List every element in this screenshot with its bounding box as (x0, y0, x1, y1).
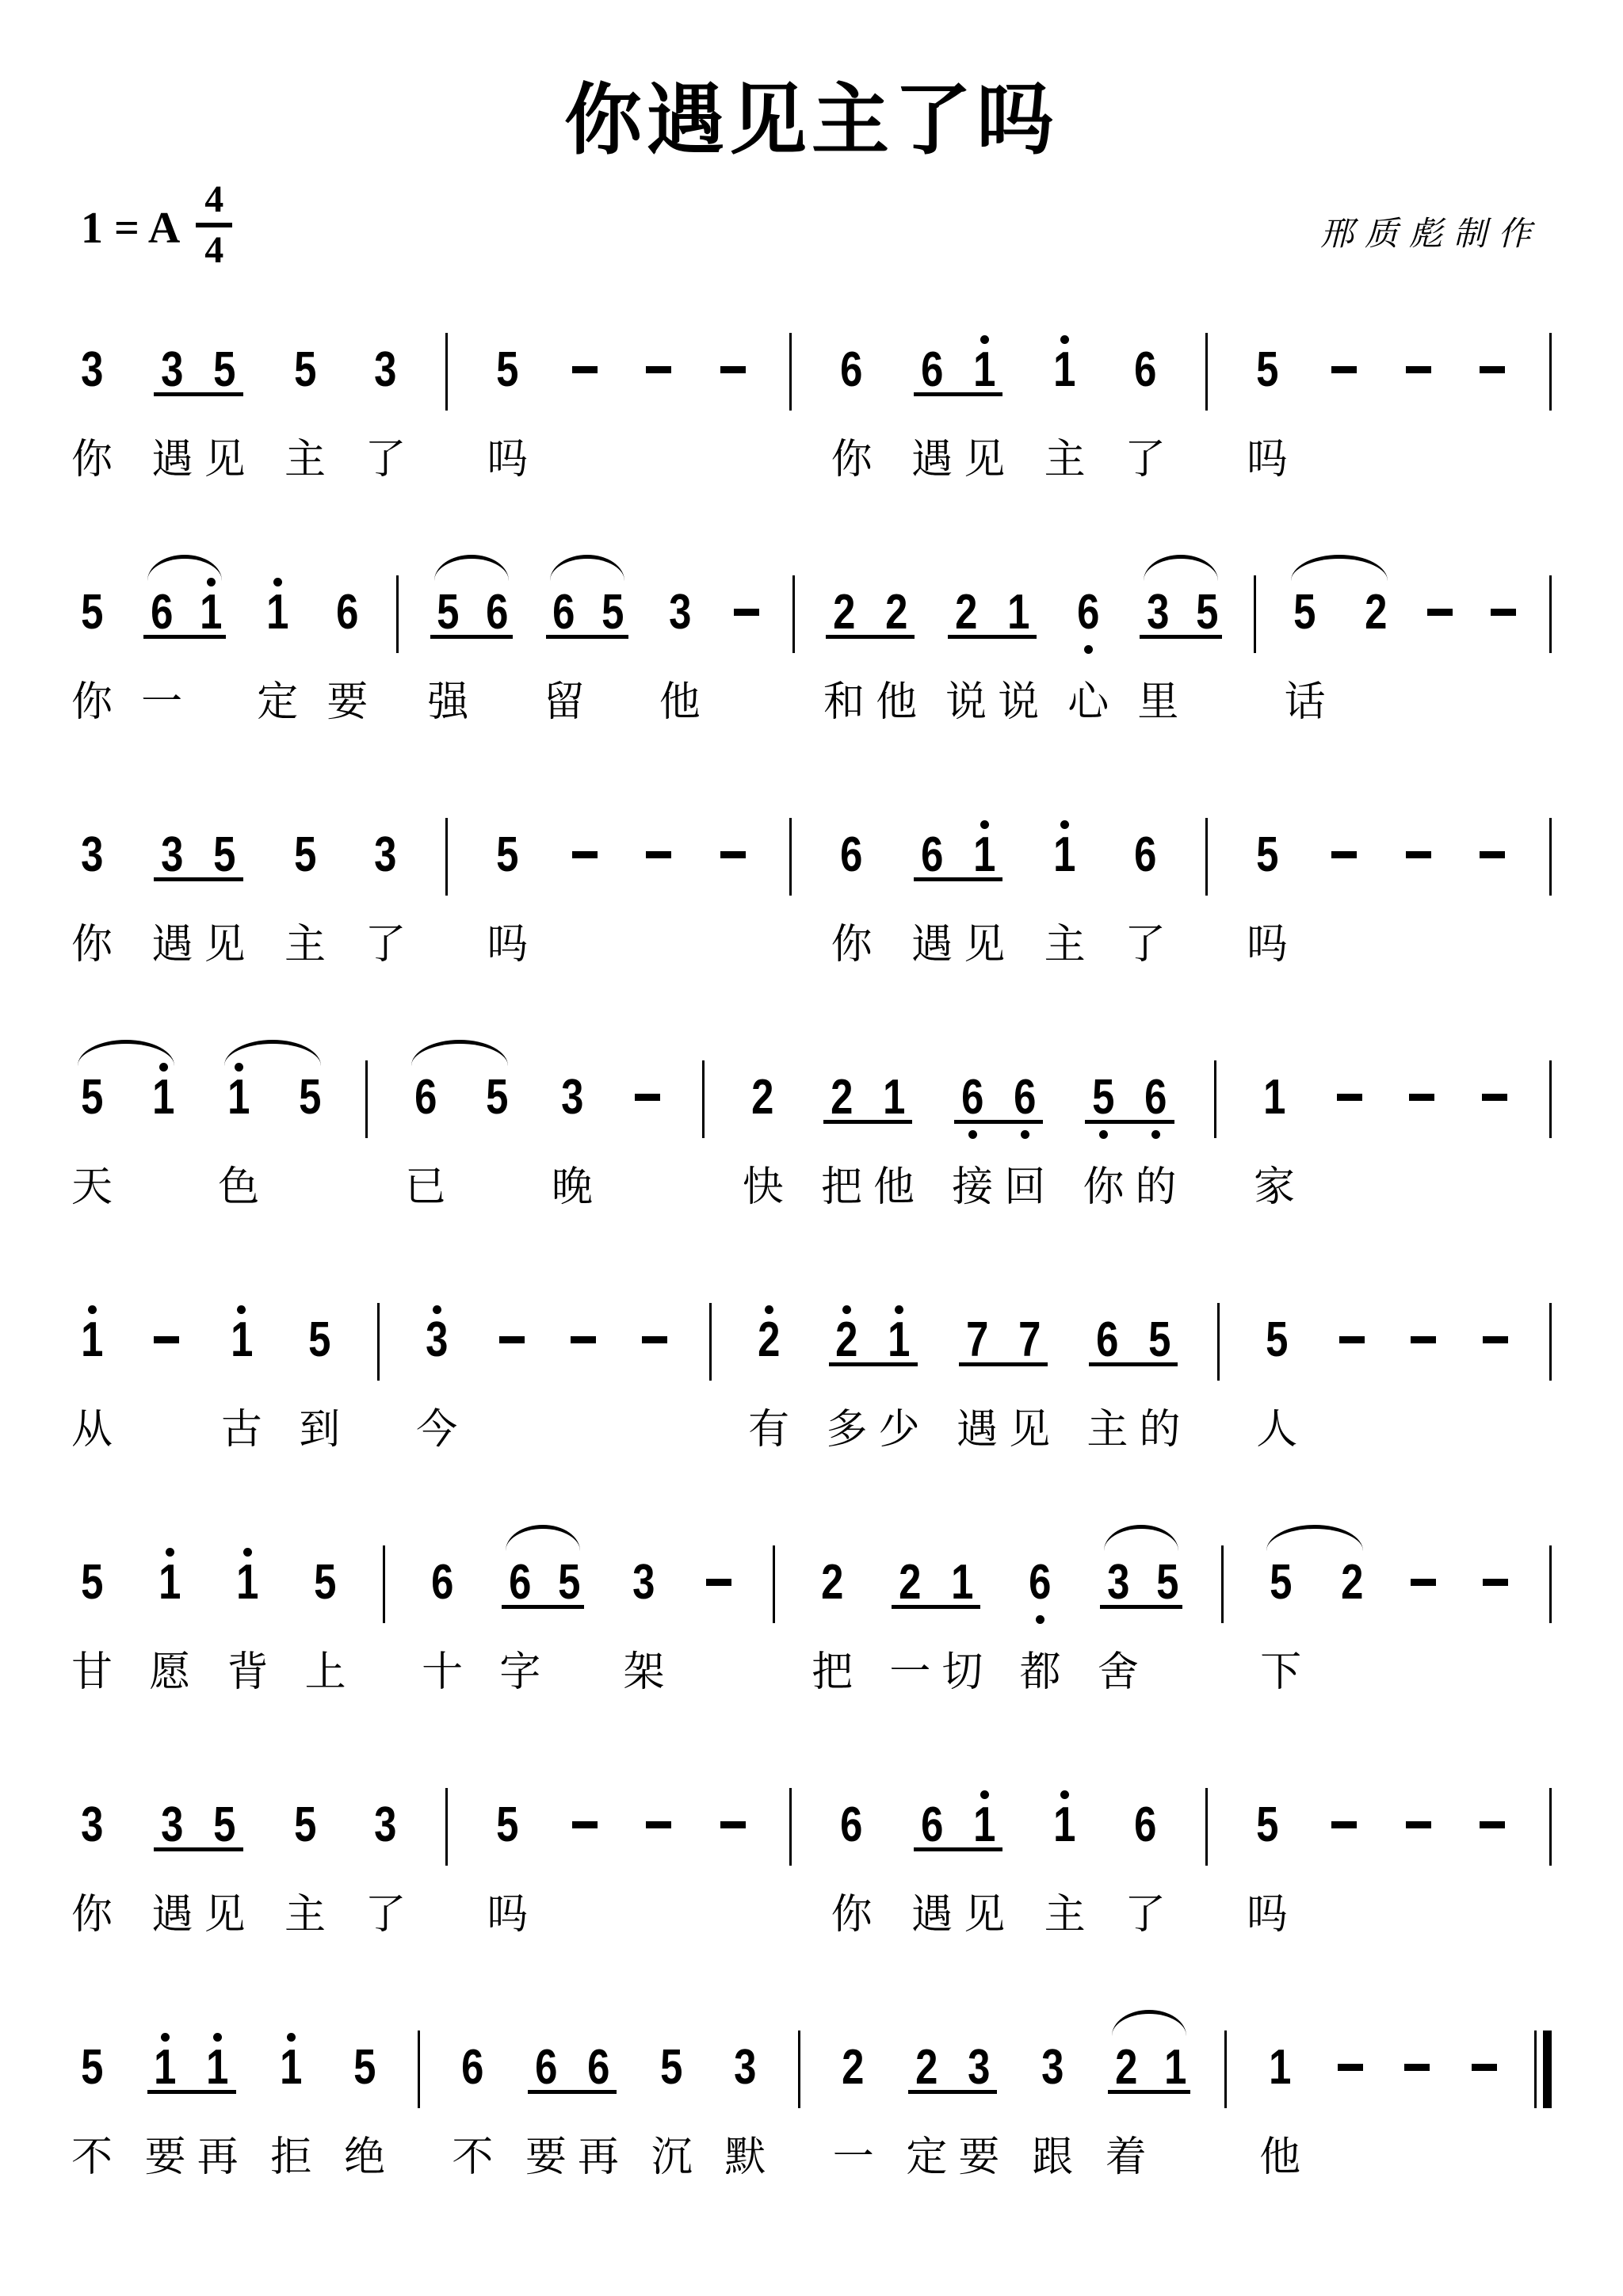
dash-group (1475, 1778, 1510, 1939)
note-group: 5吗 (487, 1778, 528, 1939)
note-group: 6要 (327, 566, 368, 726)
duration-dash (734, 609, 759, 616)
dash-group (716, 1778, 750, 1939)
note-number-zone: 1 (1051, 348, 1078, 392)
barline-stroke (1549, 1788, 1552, 1866)
note-group: 1背 (227, 1536, 268, 1696)
eighth-underline (826, 635, 915, 639)
octave-dot-below-zone (1151, 1120, 1160, 1152)
barline-stroke (792, 575, 795, 653)
dash-group (641, 323, 676, 483)
dash-group (1327, 1778, 1361, 1939)
note-number-zone (1331, 833, 1357, 877)
barline (789, 818, 792, 896)
lyric: 接 (952, 1163, 993, 1211)
lyric: 你 (831, 921, 873, 968)
note-number: 5 (81, 2046, 103, 2090)
note-number: 3 (561, 1075, 583, 1120)
note-number-zone: 6 (838, 348, 865, 392)
note-group: 3跟 (1032, 2021, 1073, 2181)
note-token: 6要 (525, 2021, 567, 2181)
lyric: 切 (941, 1648, 983, 1696)
note-token: 6字 (499, 1536, 540, 1696)
lyric: 下 (1260, 1648, 1301, 1696)
note-number-zone: 6 (1011, 1075, 1038, 1120)
note-number-zone: 2 (833, 1318, 860, 1362)
lyric: 见 (204, 1891, 245, 1939)
note-token: 6遇 (911, 1778, 953, 1939)
note-token: 5见 (204, 808, 245, 968)
dash-token (1486, 566, 1521, 726)
note-token: 5不 (71, 2021, 113, 2181)
note-number-zone (1472, 2046, 1497, 2090)
eighth-underline (154, 877, 242, 881)
eighth-underline (1085, 1120, 1174, 1124)
lyric: 定 (906, 2134, 947, 2181)
dash-token (1467, 2021, 1502, 2181)
note-number: 6 (1144, 1075, 1167, 1120)
note-number-zone: 5 (78, 590, 105, 635)
dash-token (630, 1051, 665, 1211)
lyric: 绝 (344, 2134, 385, 2181)
note-token: 6接 (952, 1051, 993, 1211)
note-token: 3了 (365, 323, 406, 483)
note-number-zone: 3 (78, 1803, 105, 1847)
lyric: 家 (1254, 1163, 1295, 1211)
note-group: 3舍5 (1098, 1536, 1185, 1696)
note-number-zone: 6 (1132, 348, 1159, 392)
note-group: 3默 (724, 2021, 766, 2181)
note-token: 1他 (1259, 2021, 1300, 2181)
eighth-underline (892, 1605, 980, 1609)
note-number-zone: 7 (1016, 1318, 1043, 1362)
octave-dot-below-zone (1021, 1120, 1029, 1152)
note-number-zone: 5 (599, 590, 626, 635)
note-number-zone: 3 (158, 833, 185, 877)
note-group: 2多1少 (827, 1293, 920, 1454)
note-number: 3 (161, 348, 183, 392)
note-number-zone: 6 (412, 1075, 439, 1120)
barline (1205, 1788, 1208, 1866)
note-number-zone (720, 348, 746, 392)
lyric: 了 (1125, 436, 1166, 483)
dash-token (641, 323, 676, 483)
lyric: 里 (1137, 678, 1178, 726)
eighth-underline (143, 635, 226, 639)
lyric: 要 (525, 2134, 567, 2181)
note-number: 5 (315, 1561, 337, 1605)
note-number-zone: 1 (971, 833, 998, 877)
note-group: 3里5 (1137, 566, 1224, 726)
note-token: 2 (1335, 1536, 1369, 1696)
dash-group (641, 1778, 676, 1939)
note-number: 5 (558, 1561, 580, 1605)
barline-stroke (1205, 1788, 1208, 1866)
slur-tie-arc (1112, 2010, 1186, 2036)
note-token: 5吗 (1247, 1778, 1288, 1939)
note-group: 1主 (1044, 808, 1086, 968)
score-line: 3你3遇5见5主3了5吗6你6遇1见1主6了5吗 (71, 308, 1552, 483)
note-number: 1 (155, 2046, 177, 2090)
note-token: 6遇 (911, 323, 953, 483)
score-line: 3你3遇5见5主3了5吗6你6遇1见1主6了5吗 (71, 1763, 1552, 1939)
dash-group (1401, 1778, 1436, 1939)
dash-token (1335, 1293, 1369, 1454)
note-number: 2 (831, 1075, 853, 1120)
note-group: 3遇5见 (151, 808, 245, 968)
note-group: 3今 (416, 1293, 457, 1454)
note-group: 5主 (285, 1778, 326, 1939)
note-number: 5 (1270, 1561, 1292, 1605)
barline (1549, 1303, 1552, 1381)
note-number-zone: 1 (150, 1075, 177, 1120)
eighth-underline (823, 1120, 912, 1124)
note-number-zone: 6 (1142, 1075, 1169, 1120)
note-token: 3要 (958, 2021, 999, 2181)
duration-dash (1411, 1336, 1436, 1343)
note-number-zone: 6 (959, 1075, 986, 1120)
note-group: 5人 (1256, 1293, 1297, 1454)
note-group: 5甘 (71, 1536, 113, 1696)
lyric: 上 (305, 1648, 346, 1696)
note-number-zone: 5 (556, 1561, 582, 1605)
duration-dash (1483, 1336, 1508, 1343)
note-token: 6你 (831, 323, 873, 483)
note-group: 1主 (1044, 323, 1086, 483)
note-number: 1 (883, 1075, 905, 1120)
note-token: 1主 (1044, 808, 1086, 968)
note-number: 1 (888, 1318, 910, 1362)
dash-group (1406, 1293, 1441, 1454)
note-number-zone (1480, 348, 1505, 392)
lyric: 主 (1044, 1891, 1086, 1939)
note-group: 6一1 (141, 566, 228, 726)
note-token: 6已 (405, 1051, 446, 1211)
note-number: 5 (353, 2046, 376, 2090)
note-token: 1从 (71, 1293, 113, 1454)
duration-dash (1331, 1821, 1357, 1828)
lyric: 从 (71, 1406, 113, 1454)
dash-group (1327, 808, 1361, 968)
note-number-zone: 1 (1051, 833, 1078, 877)
note-token: 6了 (1125, 1778, 1166, 1939)
note-number-zone: 6 (918, 1803, 945, 1847)
lyric: 你 (831, 1891, 873, 1939)
note-token: 2把 (811, 1536, 853, 1696)
note-number-zone: 3 (965, 2046, 992, 2090)
note-number: 2 (1365, 590, 1387, 635)
note-token: 2和 (823, 566, 865, 726)
barline (383, 1545, 385, 1623)
note-group: 6已5 (405, 1051, 514, 1211)
duration-dash (1480, 366, 1505, 373)
lyric: 主 (285, 436, 326, 483)
note-token: 1主 (1044, 1778, 1086, 1939)
note-number: 2 (899, 1561, 921, 1605)
note-number-zone: 5 (1254, 1803, 1281, 1847)
note-number: 3 (632, 1561, 655, 1605)
sheet-music-page: 你遇见主了吗 1 = A 4 4 邢质彪制作 3你3遇5见5主3了5吗6你6遇1… (0, 0, 1623, 2181)
note-number-zone: 6 (459, 2046, 486, 2090)
note-token: 5天 (71, 1051, 113, 1211)
note-number-zone: 1 (880, 1075, 907, 1120)
note-number-zone: 5 (311, 1561, 338, 1605)
note-number-zone (1483, 1318, 1508, 1362)
dash-token (1477, 1051, 1512, 1211)
note-token: 5你 (71, 566, 113, 726)
note-number-zone: 2 (896, 1561, 923, 1605)
barline (1224, 2030, 1227, 2108)
note-number-zone: 1 (1162, 2046, 1189, 2090)
note-number-zone: 5 (1263, 1318, 1290, 1362)
duration-dash (1406, 366, 1431, 373)
note-number-zone: 5 (1291, 590, 1318, 635)
note-number: 5 (1266, 1318, 1288, 1362)
dash-token (1401, 808, 1436, 968)
barline-stroke (396, 575, 399, 653)
dash-token (1478, 1536, 1513, 1696)
note-group: 5下2 (1260, 1536, 1369, 1696)
dash-group (630, 1051, 665, 1211)
note-number-zone (1411, 1561, 1436, 1605)
dash-group (567, 323, 602, 483)
barline (709, 1303, 712, 1381)
lyric: 他 (876, 678, 917, 726)
slur-tie-arc (1291, 555, 1388, 581)
note-number: 5 (1256, 1803, 1278, 1847)
note-token: 2着 (1106, 2021, 1147, 2181)
barline-stroke (1254, 575, 1256, 653)
dash-token (1478, 1293, 1513, 1454)
note-token: 3你 (71, 1778, 113, 1939)
note-number: 6 (921, 1803, 943, 1847)
note-group: 1从 (71, 1293, 113, 1454)
note-number-zone: 6 (918, 348, 945, 392)
score-line: 1从1古5到3今2有2多1少7遇7见6主5的5人 (71, 1278, 1552, 1454)
dash-group (1332, 1051, 1367, 1211)
note-number: 5 (661, 2046, 683, 2090)
eighth-underline (1140, 635, 1222, 639)
lyric: 跟 (1032, 2134, 1073, 2181)
note-group: 5吗 (1247, 323, 1288, 483)
dash-group (567, 808, 602, 968)
barline-stroke (1224, 2030, 1227, 2108)
dash-token (567, 323, 602, 483)
barline (1549, 1545, 1552, 1623)
note-number: 2 (885, 590, 907, 635)
note-group: 1愿 (149, 1536, 190, 1696)
dash-token (1401, 1778, 1436, 1939)
eighth-underline (154, 1847, 242, 1851)
note-number: 3 (734, 2046, 756, 2090)
dash-group (1401, 808, 1436, 968)
note-number-zone (1491, 590, 1516, 635)
note-number: 1 (280, 2046, 302, 2090)
note-token: 2有 (748, 1293, 789, 1454)
note-group: 6了 (1125, 808, 1166, 968)
note-token: 5到 (299, 1293, 340, 1454)
duration-dash (1339, 1336, 1365, 1343)
note-number-zone: 1 (156, 1561, 183, 1605)
note-group: 5强6 (428, 566, 515, 726)
note-number-zone: 5 (306, 1318, 333, 1362)
barline-stroke-thick (1543, 2030, 1552, 2108)
dash-token (1475, 323, 1510, 483)
note-token: 6遇 (911, 808, 953, 968)
note-token: 3遇 (151, 1778, 193, 1939)
note-group: 1家 (1254, 1051, 1295, 1211)
barline (702, 1060, 705, 1138)
note-number: 6 (535, 2046, 557, 2090)
note-number-zone: 3 (158, 1803, 185, 1847)
note-token: 2说 (945, 566, 987, 726)
barline-stroke (798, 2030, 800, 2108)
note-group: 5主 (285, 323, 326, 483)
note-token: 3他 (659, 566, 701, 726)
octave-dot-below-zone (1084, 635, 1093, 667)
note-number-zone: 5 (1267, 1561, 1294, 1605)
dash-token (567, 1778, 602, 1939)
note-number: 6 (840, 833, 862, 877)
note-number: 6 (840, 1803, 862, 1847)
note-number-zone: 1 (1266, 2046, 1293, 2090)
octave-dot-below-zone (1099, 1120, 1108, 1152)
note-token: 5沉 (651, 2021, 693, 2181)
note-token: 5主 (285, 1778, 326, 1939)
barline-stroke (1205, 333, 1208, 411)
note-number-zone: 5 (434, 590, 461, 635)
note-number: 7 (966, 1318, 988, 1362)
note-group: 2把 (811, 1536, 853, 1696)
note-group: 5你 (71, 566, 113, 726)
note-number: 1 (158, 1561, 181, 1605)
note-number-zone (1331, 1803, 1357, 1847)
lyric: 遇 (911, 1891, 953, 1939)
note-token: 6再 (578, 2021, 619, 2181)
note-number: 6 (961, 1075, 983, 1120)
duration-dash (720, 1821, 746, 1828)
note-group: 5不 (71, 2021, 113, 2181)
note-group: 3你 (71, 1778, 113, 1939)
note-number-zone (646, 1803, 671, 1847)
note-token: 1 (146, 1051, 181, 1211)
barline-stroke (383, 1545, 385, 1623)
barline (792, 575, 795, 653)
lyric: 见 (964, 436, 1005, 483)
lyric: 了 (1125, 921, 1166, 968)
note-number-zone: 1 (1261, 1075, 1288, 1120)
note-token: 1见 (964, 808, 1005, 968)
note-token: 2快 (743, 1051, 784, 1211)
note-token: 2多 (827, 1293, 868, 1454)
note-token: 6你 (831, 808, 873, 968)
dash-token (1475, 808, 1510, 968)
barline (377, 1303, 380, 1381)
note-group: 6遇1见 (911, 808, 1005, 968)
note-number-zone: 1 (1051, 1803, 1078, 1847)
note-number-zone: 3 (1144, 590, 1171, 635)
dash-token (716, 808, 750, 968)
note-number-zone (1339, 1318, 1365, 1362)
eighth-underline (528, 2090, 617, 2094)
note-token: 6留 (544, 566, 585, 726)
lyric: 遇 (151, 436, 193, 483)
note-number-zone (1406, 1803, 1431, 1847)
note-number-zone: 3 (1105, 1561, 1132, 1605)
lyric: 见 (204, 436, 245, 483)
note-group: 6遇1见 (911, 1778, 1005, 1939)
note-number-zone (646, 348, 671, 392)
barline-stroke (1534, 2030, 1537, 2108)
dash-group (1478, 1293, 1513, 1454)
note-number: 3 (161, 833, 183, 877)
note-number-zone: 1 (228, 1318, 255, 1362)
note-token: 3遇 (151, 808, 193, 968)
note-number-zone: 5 (1254, 833, 1281, 877)
note-number: 5 (496, 348, 518, 392)
dash-group (701, 1536, 736, 1696)
note-number-zone: 1 (234, 1561, 261, 1605)
lyric: 说 (945, 678, 987, 726)
note-group: 5吗 (1247, 808, 1288, 968)
note-token: 1拒 (270, 2021, 311, 2181)
lyric: 今 (416, 1406, 457, 1454)
note-number-zone: 3 (1039, 2046, 1066, 2090)
note-token: 1主 (1044, 323, 1086, 483)
barline (789, 1788, 792, 1866)
barline-stroke (1205, 818, 1208, 896)
note-number: 6 (509, 1561, 531, 1605)
note-token: 5吗 (487, 1778, 528, 1939)
octave-down-dot (1036, 1615, 1044, 1624)
note-number: 5 (602, 590, 624, 635)
note-number-zone: 5 (211, 348, 238, 392)
note-token: 6回 (1004, 1051, 1045, 1211)
lyric: 话 (1285, 678, 1326, 726)
note-number: 5 (213, 833, 235, 877)
note-token: 3了 (365, 1778, 406, 1939)
note-number-zone (572, 833, 598, 877)
duration-dash (706, 1579, 731, 1586)
note-group: 5你6的 (1083, 1051, 1176, 1211)
octave-down-dot (1151, 1130, 1160, 1139)
barline (1549, 575, 1552, 653)
note-token: 5 (479, 1051, 514, 1211)
note-number: 6 (553, 590, 575, 635)
dash-token (566, 1293, 601, 1454)
note-number-zone: 6 (334, 590, 361, 635)
lyric: 他 (873, 1163, 915, 1211)
note-number: 1 (973, 833, 995, 877)
barline (773, 1545, 775, 1623)
note-number-zone (499, 1318, 525, 1362)
dash-token (1475, 1778, 1510, 1939)
note-token: 1说 (998, 566, 1039, 726)
note-number: 1 (1164, 2046, 1186, 2090)
note-number: 5 (81, 1075, 103, 1120)
note-number-zone: 1 (949, 1561, 976, 1605)
lyric: 把 (821, 1163, 862, 1211)
eighth-underline (914, 392, 1002, 396)
dash-group (495, 1293, 529, 1454)
note-number: 2 (835, 1318, 857, 1362)
note-token: 6的 (1136, 1051, 1177, 1211)
note-number-zone (571, 1318, 596, 1362)
note-number: 5 (81, 590, 103, 635)
note-number-zone: 5 (1254, 348, 1281, 392)
note-number: 2 (915, 2046, 938, 2090)
note-number: 5 (294, 348, 316, 392)
